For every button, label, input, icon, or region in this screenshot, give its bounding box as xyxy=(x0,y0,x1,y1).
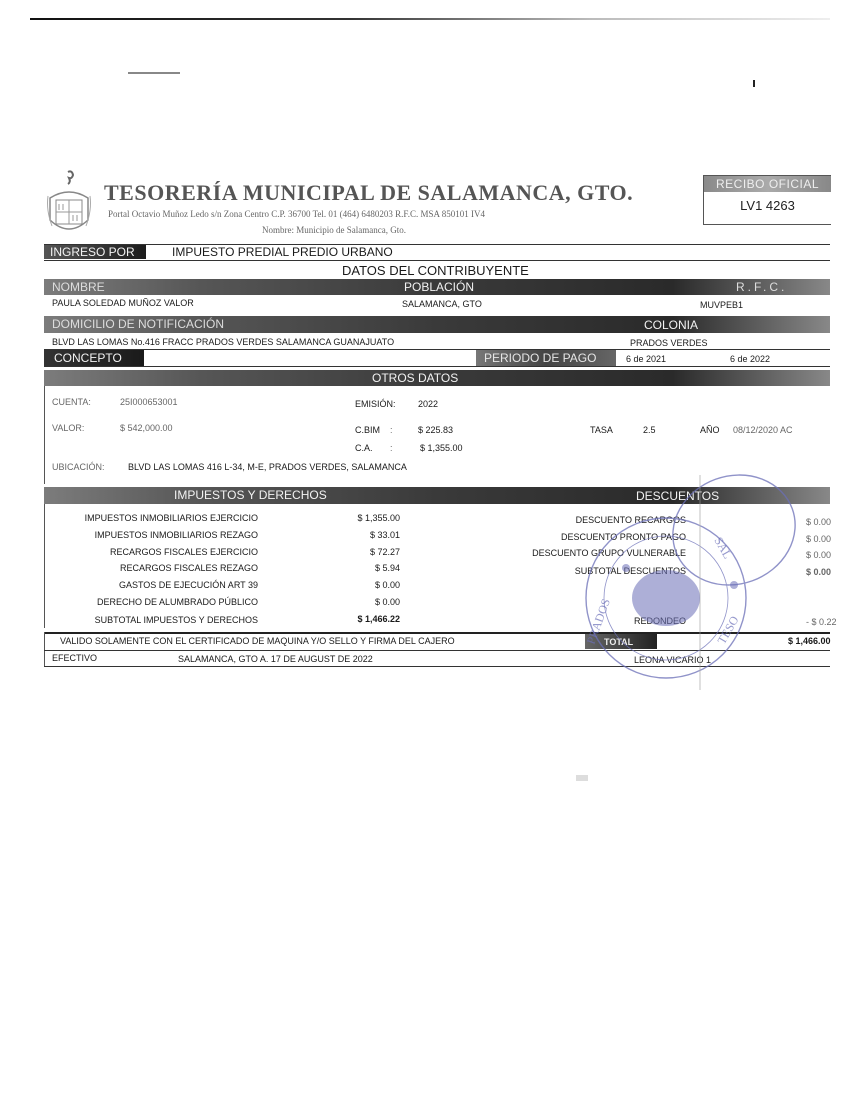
valor-label: VALOR: xyxy=(52,423,84,433)
impuesto-row-label: IMPUESTOS INMOBILIARIOS EJERCICIO xyxy=(58,513,258,523)
ano-value: 08/12/2020 AC xyxy=(733,425,793,435)
ca-label: C.A. xyxy=(355,443,373,453)
cuenta-value: 25I000653001 xyxy=(120,397,178,407)
validity-note: VALIDO SOLAMENTE CON EL CERTIFICADO DE M… xyxy=(60,636,455,646)
impuesto-row-label: DERECHO DE ALUMBRADO PÚBLICO xyxy=(58,597,258,607)
descuento-row-label: DESCUENTO PRONTO PAGO xyxy=(480,532,686,542)
divider xyxy=(44,632,830,634)
receipt-label: RECIBO OFICIAL xyxy=(704,176,831,192)
emision-label: EMISIÓN: xyxy=(355,399,396,409)
impuesto-row-amount: $ 0.00 xyxy=(320,580,400,590)
contribuyente-poblacion: SALAMANCA, GTO xyxy=(402,299,482,309)
border-left xyxy=(44,632,45,666)
colonia-label: COLONIA xyxy=(644,318,698,332)
header-bar-domicilio: DOMICILIO DE NOTIFICACIÓN COLONIA xyxy=(44,316,830,333)
impuesto-row-label: RECARGOS FISCALES REZAGO xyxy=(58,563,258,573)
scan-mark xyxy=(128,72,180,74)
ingreso-label: INGRESO POR xyxy=(50,245,135,259)
office-name-line: Nombre: Municipio de Salamanca, Gto. xyxy=(262,225,406,235)
cashier-location: LEONA VICARIO 1 xyxy=(634,655,711,665)
cbim-label: C.BIM xyxy=(355,425,380,435)
border-left xyxy=(44,504,45,628)
divider xyxy=(44,366,830,367)
office-address: Portal Octavio Muñoz Ledo s/n Zona Centr… xyxy=(108,209,485,219)
total-label: TOTAL xyxy=(604,637,633,647)
ubicacion-label: UBICACIÓN: xyxy=(52,462,105,472)
ca-value: $ 1,355.00 xyxy=(420,443,463,453)
ano-label: AÑO xyxy=(700,425,720,435)
impuestos-subtotal: $ 1,466.22 xyxy=(320,614,400,624)
impuesto-row-amount: $ 5.94 xyxy=(320,563,400,573)
rfc-label: R.F.C. xyxy=(736,280,787,294)
descuentos-subtotal: $ 0.00 xyxy=(806,567,831,577)
header-bar-impuestos: IMPUESTOS Y DERECHOS DESCUENTOS xyxy=(44,487,830,504)
redondeo-value: - $ 0.22 xyxy=(806,617,837,627)
divider xyxy=(44,349,830,350)
contribuyente-domicilio: BLVD LAS LOMAS No.416 FRACC PRADOS VERDE… xyxy=(52,337,394,347)
receipt-number-box: RECIBO OFICIAL LV1 4263 xyxy=(703,175,831,225)
descuento-row-label: DESCUENTO RECARGOS xyxy=(480,515,686,525)
cuenta-label: CUENTA: xyxy=(52,397,91,407)
descuentos-title: DESCUENTOS xyxy=(636,489,719,503)
impuestos-subtotal-label: SUBTOTAL IMPUESTOS Y DERECHOS xyxy=(78,615,258,625)
tasa-label: TASA xyxy=(590,425,613,435)
descuento-row-amount: $ 0.00 xyxy=(806,517,831,527)
payment-method: EFECTIVO xyxy=(52,653,97,663)
divider xyxy=(44,666,830,667)
impuesto-row-label: RECARGOS FISCALES EJERCICIO xyxy=(58,547,258,557)
cbim-value: $ 225.83 xyxy=(418,425,453,435)
periodo-label: PERIODO DE PAGO xyxy=(484,351,596,365)
section-title-contribuyente: DATOS DEL CONTRIBUYENTE xyxy=(342,263,529,278)
header-bar-nombre: NOMBRE POBLACIÓN R.F.C. xyxy=(44,279,830,295)
concepto-label: CONCEPTO xyxy=(54,351,122,365)
impuesto-row-amount: $ 0.00 xyxy=(320,597,400,607)
poblacion-label: POBLACIÓN xyxy=(404,280,474,294)
svg-text:SAL: SAL xyxy=(711,535,734,562)
scan-edge-line xyxy=(30,18,830,20)
total-value: $ 1,466.00 xyxy=(788,636,831,646)
ingreso-value: IMPUESTO PREDIAL PREDIO URBANO xyxy=(172,245,393,259)
emision-value: 2022 xyxy=(418,399,438,409)
ca-sep: : xyxy=(390,443,393,453)
descuento-row-amount: $ 0.00 xyxy=(806,534,831,544)
nombre-label: NOMBRE xyxy=(52,280,105,294)
impuesto-row-amount: $ 1,355.00 xyxy=(320,513,400,523)
scan-mark xyxy=(576,775,588,781)
scan-mark xyxy=(753,80,755,87)
header-bar-otros-datos: OTROS DATOS xyxy=(44,370,830,386)
svg-text:TESO: TESO xyxy=(714,613,741,646)
receipt-number: LV1 4263 xyxy=(704,192,831,220)
cbim-sep: : xyxy=(390,425,393,435)
border-left xyxy=(44,386,45,484)
impuesto-row-label: IMPUESTOS INMOBILIARIOS REZAGO xyxy=(58,530,258,540)
contribuyente-colonia: PRADOS VERDES xyxy=(630,338,708,348)
otros-datos-title: OTROS DATOS xyxy=(372,371,458,385)
periodo-desde: 6 de 2021 xyxy=(626,354,666,364)
divider xyxy=(44,260,830,261)
municipal-crest-icon xyxy=(44,168,94,238)
ubicacion-value: BLVD LAS LOMAS 416 L-34, M-E, PRADOS VER… xyxy=(128,462,407,472)
divider xyxy=(44,650,830,651)
descuento-row-amount: $ 0.00 xyxy=(806,550,831,560)
tasa-value: 2.5 xyxy=(643,425,656,435)
place-date: SALAMANCA, GTO A. 17 DE AUGUST DE 2022 xyxy=(178,654,373,664)
descuentos-subtotal-label: SUBTOTAL DESCUENTOS xyxy=(500,566,686,576)
periodo-hasta: 6 de 2022 xyxy=(730,354,770,364)
contribuyente-rfc: MUVPEB1 xyxy=(700,300,743,310)
valor-value: $ 542,000.00 xyxy=(120,423,173,433)
impuestos-title: IMPUESTOS Y DERECHOS xyxy=(174,488,327,502)
impuesto-row-amount: $ 33.01 xyxy=(320,530,400,540)
domicilio-label: DOMICILIO DE NOTIFICACIÓN xyxy=(52,317,224,331)
redondeo-label: REDONDEO xyxy=(560,616,686,626)
office-title: TESORERÍA MUNICIPAL DE SALAMANCA, GTO. xyxy=(104,180,633,206)
divider xyxy=(44,244,830,245)
impuesto-row-amount: $ 72.27 xyxy=(320,547,400,557)
contribuyente-nombre: PAULA SOLEDAD MUÑOZ VALOR xyxy=(52,298,194,308)
descuento-row-label: DESCUENTO GRUPO VULNERABLE xyxy=(480,548,686,558)
impuesto-row-label: GASTOS DE EJECUCIÓN ART 39 xyxy=(58,580,258,590)
